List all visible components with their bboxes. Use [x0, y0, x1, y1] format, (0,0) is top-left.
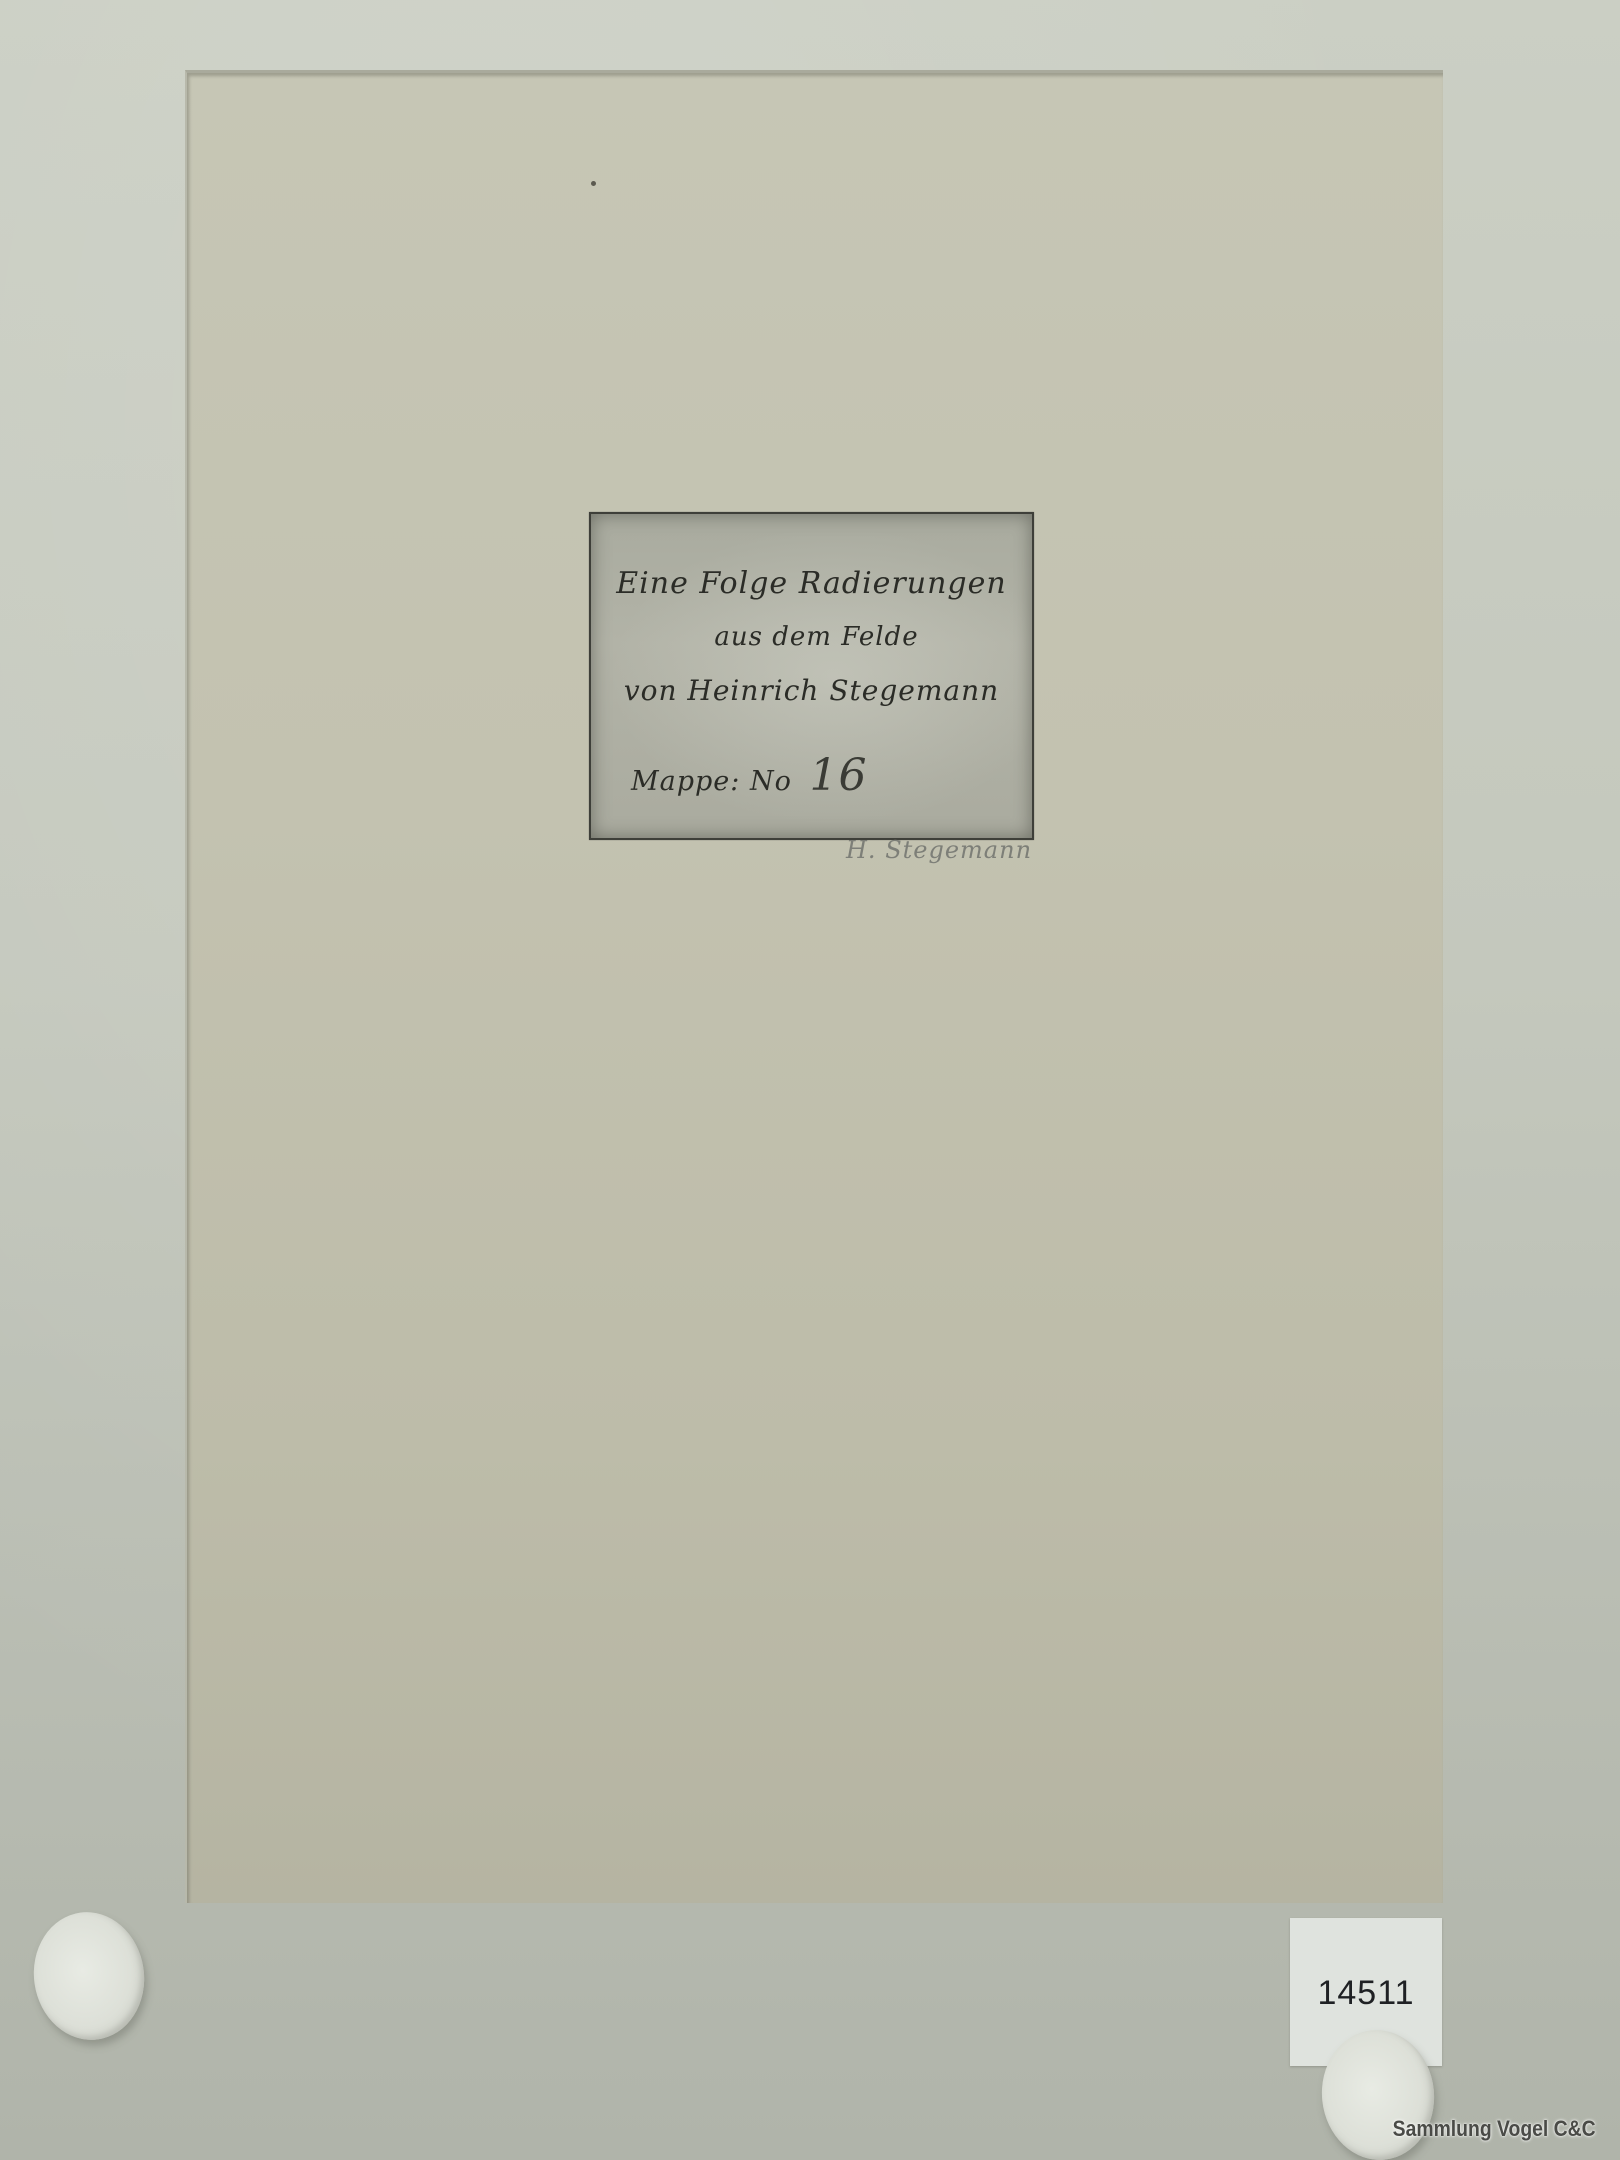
pencil-signature: H. Stegemann — [846, 836, 1032, 864]
paper-speck — [591, 181, 596, 186]
inscription-line-3: von Heinrich Stegemann — [591, 674, 1032, 707]
mount-magnet-left — [26, 1905, 153, 2047]
portfolio-number: 16 — [809, 750, 867, 801]
portfolio-label: Mappe: No — [631, 766, 792, 797]
inscription-line-4: Mappe: No 16 — [591, 750, 1032, 801]
inscription-line-1: Eine Folge Radierungen — [591, 566, 1032, 601]
paper-sheet — [185, 70, 1443, 1903]
collection-watermark: Sammlung Vogel C&C — [1393, 2116, 1596, 2142]
etching-plate: Eine Folge Radierungen aus dem Felde von… — [589, 512, 1034, 840]
inscription-line-2: aus dem Felde — [591, 622, 1032, 652]
inventory-number: 14511 — [1290, 1974, 1442, 2013]
passepartout-mount: Eine Folge Radierungen aus dem Felde von… — [0, 0, 1620, 2160]
